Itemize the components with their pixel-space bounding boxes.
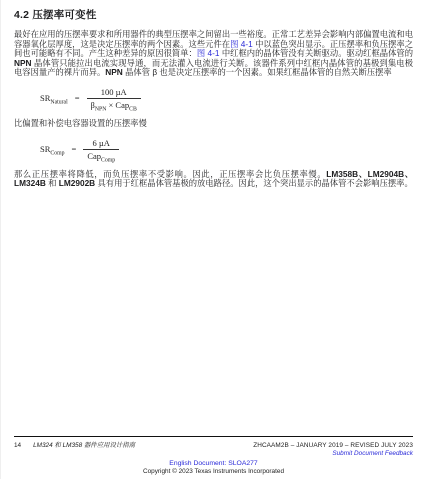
footer-meta-row: 14 LM324 和 LM358 器件应用设计指南 ZHCAAM2B – JAN… xyxy=(14,440,413,449)
formula-comp-fraction: 6 µA CapComp xyxy=(83,138,119,161)
footer-divider xyxy=(14,436,413,437)
formula-sr-natural: SRNatural = 100 µA βNPN × CapCB xyxy=(40,87,413,110)
multiply-sign: × xyxy=(109,100,114,110)
formula-comp-lhs: SRComp xyxy=(40,144,65,154)
submit-feedback-link[interactable]: Submit Document Feedback xyxy=(332,450,413,457)
page-footer: 14 LM324 和 LM358 器件应用设计指南 ZHCAAM2B – JAN… xyxy=(14,436,413,475)
para1-text-5: 晶体管 β 也是决定压摆率的一个因素。如果红框晶体管的自然关断压摆率 xyxy=(123,67,392,77)
para1-text-3: 中红框内的晶体管没有关断驱动。驱动红框晶体管的 xyxy=(220,48,414,58)
para2-text-1: 那么正压摆率将降低，而负压摆率不受影响。因此，正压摆率会比负压摆率慢。 xyxy=(14,169,326,179)
cap-comp-subscript: Comp xyxy=(101,157,115,163)
formula-natural-lhs: SRNatural xyxy=(40,93,68,103)
beta-subscript: NPN xyxy=(95,107,107,113)
paragraph-conclusion: 那么正压摆率将降低，而负压摆率不受影响。因此，正压摆率会比负压摆率慢。LM358… xyxy=(14,170,413,189)
formula-sr-comp: SRComp = 6 µA CapComp xyxy=(40,138,413,161)
pdf-page: 4.2 压摆率可变性 最好在应用的压摆率要求和所用器件的典型压摆率之间留出一些裕… xyxy=(0,0,426,479)
document-code-revision: ZHCAAM2B – JANUARY 2019 – REVISED JULY 2… xyxy=(253,442,413,449)
copyright-notice: Copyright © 2023 Texas Instruments Incor… xyxy=(14,468,413,475)
section-heading: 4.2 压摆率可变性 xyxy=(14,7,413,22)
cap-symbol: Cap xyxy=(115,100,129,110)
formula-natural-numerator: 100 µA xyxy=(87,87,141,98)
para1-npn-label-2: NPN xyxy=(105,67,123,77)
device-label-lm2902b: LM2902B xyxy=(59,178,95,188)
formula-comp-denominator: CapComp xyxy=(83,149,119,161)
formula-natural-lhs-base: SR xyxy=(40,93,50,103)
para2-text-2: 和 xyxy=(46,178,59,188)
page-content: 4.2 压摆率可变性 最好在应用的压摆率要求和所用器件的典型压摆率之间留出一些裕… xyxy=(1,0,426,189)
english-document-row: English Document: SLOA277 xyxy=(14,460,413,467)
feedback-row: Submit Document Feedback xyxy=(14,450,413,457)
formula-natural-lhs-sub: Natural xyxy=(50,100,67,106)
footer-left-group: 14 LM324 和 LM358 器件应用设计指南 xyxy=(14,440,135,449)
paragraph-slew-rate-variability: 最好在应用的压摆率要求和所用器件的典型压摆率之间留出一些裕度。正常工艺差异会影响… xyxy=(14,30,413,78)
cap-comp-symbol: Cap xyxy=(87,151,101,161)
document-title: LM324 和 LM358 器件应用设计指南 xyxy=(33,440,135,449)
cap-subscript: CB xyxy=(129,107,137,113)
page-number: 14 xyxy=(14,442,21,449)
formula-natural-denominator: βNPN × CapCB xyxy=(87,98,141,110)
formula-comp-lhs-sub: Comp xyxy=(50,151,64,157)
figure-4-1-link-1[interactable]: 图 4-1 xyxy=(230,39,253,49)
paragraph-comparison: 比偏置和补偿电容器设置的压摆率慢 xyxy=(14,119,413,129)
formula-comp-lhs-base: SR xyxy=(40,144,50,154)
formula-comp-numerator: 6 µA xyxy=(83,138,119,149)
english-document-link[interactable]: English Document: SLOA277 xyxy=(169,460,257,467)
para1-npn-label-1: NPN xyxy=(14,58,32,68)
formula-natural-fraction: 100 µA βNPN × CapCB xyxy=(87,87,141,110)
formula-comp-equals: = xyxy=(72,144,77,154)
formula-natural-equals: = xyxy=(75,93,80,103)
figure-4-1-link-2[interactable]: 图 4-1 xyxy=(197,48,220,58)
para2-text-3: 具有用于红框晶体管基极的放电路径。因此，这个突出显示的晶体管不会影响压摆率。 xyxy=(95,178,413,188)
